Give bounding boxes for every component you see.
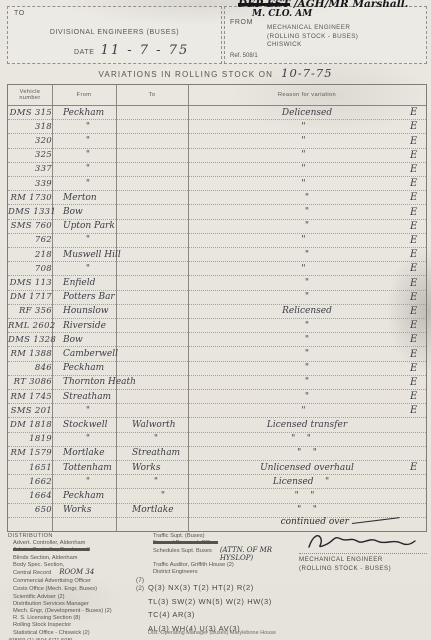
header-reason: Reason for variation <box>188 92 426 98</box>
cell-reason: " <box>197 150 410 160</box>
distribution-left-items: Advert. Controller, Aldenham Admin. Cont… <box>8 540 146 637</box>
cell-e-mark: E <box>410 363 426 374</box>
form-title-text: VARIATIONS IN ROLLING STOCK ON <box>98 70 273 79</box>
cell-e-mark: E <box>410 306 426 317</box>
cell-vehicle-number: 1651 <box>8 463 56 473</box>
cell-from-garage: Stockwell <box>56 420 127 430</box>
distribution-item: Mech. Engr, (Development - Buses) (2) <box>8 608 146 615</box>
cell-vehicle-number: RT 3086 <box>8 377 56 387</box>
distribution-item-text: Mech. Engr, (Development - Buses) (2) <box>13 608 112 615</box>
distribution-item-text: Traffic Auditor, Griffith House (2) <box>153 562 234 569</box>
distribution-item-text: District Engineers <box>153 569 198 576</box>
table-row: 1664 Peckham " " " <box>8 489 426 503</box>
cell-from-garage: " <box>56 136 120 146</box>
cell-from-garage: Thornton Heath <box>56 377 127 387</box>
distribution-item-text: Distribution Services Manager <box>13 601 89 608</box>
cell-to-garage: " <box>127 491 199 501</box>
cell-vehicle-number: 762 <box>8 235 56 245</box>
header-vehicle-number: Vehicle number <box>8 89 52 101</box>
cell-reason: " <box>204 292 410 302</box>
copy-count: (7) <box>136 577 146 584</box>
cell-e-mark: E <box>410 391 426 402</box>
distribution-item-text: R. S. Licensing Section (8) <box>13 615 80 622</box>
cell-from-garage: Muswell Hill <box>56 250 127 260</box>
copy-count: (2) <box>136 585 146 592</box>
cell-e-mark: E <box>410 405 426 416</box>
distribution-item-text: Commercial Advertising Officer <box>13 578 91 585</box>
table-row: RM 1388 Camberwell " E <box>8 347 426 361</box>
to-box: TO DIVISIONAL ENGINEERS (BUSES) DATE 11 … <box>7 6 222 64</box>
table-row: DMS 1328 Bow " E <box>8 333 426 347</box>
table-row: RT 3086 Thornton Heath " E <box>8 376 426 390</box>
cell-e-mark: E <box>410 320 426 331</box>
distribution-item: Central Record ROOM 34 <box>8 569 146 577</box>
cell-e-mark: E <box>410 377 426 388</box>
cell-e-mark: E <box>410 221 426 232</box>
cell-from-garage: Hounslow <box>56 306 127 316</box>
distribution-title: DISTRIBUTION <box>8 533 146 540</box>
signature-block: MECHANICAL ENGINEER (ROLLING STOCK - BUS… <box>299 529 427 573</box>
cell-e-mark: E <box>410 349 426 360</box>
cell-reason: " <box>197 122 410 132</box>
distribution-item-text: Blinds Section, Aldenham <box>13 555 78 562</box>
cell-vehicle-number: RM 1745 <box>8 392 56 402</box>
cell-from-garage: " <box>56 164 120 174</box>
cell-from-garage: Streatham <box>56 392 127 402</box>
form-title: VARIATIONS IN ROLLING STOCK ON 10-7-75 <box>0 66 431 80</box>
cell-reason: Delicensed <box>204 108 410 118</box>
garage-allocation-codes: Q(3) NX(3) T(2) HT(2) R(2)TL(3) SW(2) WN… <box>148 581 300 635</box>
form-title-date: 10-7-75 <box>281 66 332 80</box>
to-recipient: DIVISIONAL ENGINEERS (BUSES) <box>8 29 221 36</box>
continued-over-note: continued over <box>281 517 400 527</box>
cell-vehicle-number: DMS 113 <box>8 278 56 288</box>
cell-to-garage: Streatham <box>127 448 204 458</box>
distribution-item: Traffic Supt. (Buses) <box>148 533 300 540</box>
from-line-1: MECHANICAL ENGINEER <box>267 24 358 33</box>
cell-from-garage: Works <box>56 505 127 515</box>
distribution-item-text: Body Spec. Section, <box>13 562 64 569</box>
distribution-item: Schedules Supt. Buses (ATTN. OF MR HYSLO… <box>148 547 300 561</box>
cell-reason: " <box>204 207 410 217</box>
table-row: 650 Works Mortlake " " <box>8 504 426 518</box>
table-row: 762 " " E <box>8 234 426 248</box>
distribution-item-text: Costs Office (Mech. Engr, Buses) <box>13 586 97 593</box>
table-row: SMS 201 " " E <box>8 404 426 418</box>
cell-vehicle-number: DM 1818 <box>8 420 56 430</box>
cell-from-garage: Bow <box>56 335 127 345</box>
cell-reason: " <box>197 406 410 416</box>
distribution-item-text: Traffic Supt. (Buses) <box>153 533 205 540</box>
cell-from-garage: " <box>56 406 120 416</box>
handwritten-note: ROOM 34 <box>59 569 94 576</box>
cell-reason: " <box>204 321 410 331</box>
continued-over-text: continued over <box>281 517 349 527</box>
cell-from-garage: " <box>56 179 120 189</box>
cell-from-garage: Riverside <box>56 321 127 331</box>
distribution-item-text: Forward Research Officer <box>153 540 218 547</box>
cell-reason: Licensed " <box>192 477 410 487</box>
cell-vehicle-number: DMS 315 <box>8 108 56 118</box>
cell-vehicle-number: 650 <box>8 505 56 515</box>
cell-reason: Relicensed <box>204 306 410 316</box>
cell-e-mark: E <box>410 164 426 175</box>
cell-vehicle-number: RML 2602 <box>8 321 56 331</box>
table-row: RM 1745 Streatham " E <box>8 390 426 404</box>
table-row: DMS 1331 Bow " E <box>8 205 426 219</box>
cell-vehicle-number: 708 <box>8 264 56 274</box>
table-rows: DMS 315 Peckham Delicensed E 318 " " E 3… <box>8 106 426 531</box>
cell-reason: " <box>204 278 410 288</box>
table-row: 320 " " E <box>8 134 426 148</box>
distribution-item: Distribution Services Manager <box>8 601 146 608</box>
distribution-item: District Engineers <box>148 569 300 576</box>
table-row: 1651 Tottenham Works Unlicensed overhaul… <box>8 461 426 475</box>
cell-to-garage: Walworth <box>127 420 204 430</box>
table-header: Vehicle number From To Reason for variat… <box>8 85 426 106</box>
cell-from-garage: Upton Park <box>56 221 127 231</box>
distribution-item: Statistical Office - Chiswick (2) <box>8 630 146 637</box>
table-row: RM 1579 Mortlake Streatham " " <box>8 447 426 461</box>
cell-from-garage: " <box>56 434 120 444</box>
cell-reason: " " <box>204 448 410 458</box>
signatory-line-1: MECHANICAL ENGINEER <box>299 556 427 565</box>
rolling-stock-table: Vehicle number From To Reason for variat… <box>7 84 427 532</box>
cell-vehicle-number: DM 1717 <box>8 292 56 302</box>
cell-vehicle-number: RM 1730 <box>8 193 56 203</box>
cell-vehicle-number: 1819 <box>8 434 56 444</box>
cell-from-garage: " <box>56 477 120 487</box>
cell-reason: " <box>197 136 410 146</box>
cell-reason: " <box>197 164 410 174</box>
header-to: To <box>116 92 188 98</box>
cell-vehicle-number: DMS 1331 <box>8 207 56 217</box>
distribution-item: R. S. Licensing Section (8) <box>8 615 146 622</box>
signatory-title: MECHANICAL ENGINEER (ROLLING STOCK - BUS… <box>299 556 427 573</box>
cell-vehicle-number: RM 1388 <box>8 349 56 359</box>
distribution-bottom-line: Dist. Operating Manager (Buses) Marylebo… <box>148 630 276 636</box>
cell-e-mark: E <box>410 334 426 345</box>
cell-vehicle-number: 325 <box>8 150 56 160</box>
garage-code-line: Q(3) NX(3) T(2) HT(2) R(2) <box>148 581 300 595</box>
cell-to-garage: Works <box>127 463 204 473</box>
cell-vehicle-number: 337 <box>8 164 56 174</box>
date-label: DATE <box>74 49 95 56</box>
table-row: DM 1717 Potters Bar " E <box>8 291 426 305</box>
cell-from-garage: Peckham <box>56 491 127 501</box>
date-row: DATE 11 - 7 - 75 <box>74 43 189 58</box>
cell-from-garage: Tottenham <box>56 463 127 473</box>
cell-reason: " <box>197 179 410 189</box>
from-line-2: (ROLLING STOCK - BUSES) <box>267 33 358 42</box>
header-from: From <box>52 92 116 98</box>
distribution-item-text: Rolling Stock Inspector <box>13 622 71 629</box>
cell-vehicle-number: RF 356 <box>8 306 56 316</box>
reference-number: Ref. 508/1 <box>230 53 258 59</box>
distribution-item-text: Schedules Supt. Buses <box>153 548 212 555</box>
cell-e-mark: E <box>410 136 426 147</box>
garage-code-line: TL(3) SW(2) WN(5) W(2) HW(3) <box>148 595 300 609</box>
cell-from-garage: " <box>56 235 120 245</box>
cell-reason: " <box>204 335 410 345</box>
distribution-item: Scientific Adviser (2) <box>8 594 146 601</box>
distribution-item-text: Scientific Adviser (2) <box>13 594 65 601</box>
table-row: 325 " " E <box>8 149 426 163</box>
cell-e-mark: E <box>410 263 426 274</box>
distribution-item-text: Advert. Controller, Aldenham <box>13 540 85 547</box>
table-row: DMS 315 Peckham Delicensed E <box>8 106 426 120</box>
cell-reason: Licensed transfer <box>204 420 410 430</box>
cell-e-mark: E <box>410 107 426 118</box>
cell-from-garage: " <box>56 122 120 132</box>
cell-reason: " <box>204 193 410 203</box>
cell-from-garage: " <box>56 264 120 274</box>
cell-reason: " " <box>199 491 410 501</box>
distribution-item: Advert. Controller, Aldenham <box>8 540 146 547</box>
cell-reason: " " <box>192 434 410 444</box>
table-row: 846 Peckham " E <box>8 362 426 376</box>
cell-reason: " <box>204 392 410 402</box>
distribution-item: Blinds Section, Aldenham <box>8 555 146 562</box>
cell-e-mark: E <box>410 292 426 303</box>
table-row: 218 Muswell Hill " E <box>8 248 426 262</box>
distribution-item: Costs Office (Mech. Engr, Buses) (2) <box>8 585 146 593</box>
cell-vehicle-number: SMS 201 <box>8 406 56 416</box>
cell-e-mark: E <box>410 278 426 289</box>
cell-vehicle-number: 320 <box>8 136 56 146</box>
signature-scribble <box>305 531 417 553</box>
cell-e-mark: E <box>410 192 426 203</box>
cell-to-garage: " <box>120 434 192 444</box>
distribution-list-mid: Traffic Supt. (Buses) Forward Research O… <box>148 533 300 635</box>
cell-from-garage: Peckham <box>56 363 127 373</box>
handwritten-initials: M. CLO. AM <box>252 9 312 19</box>
date-handwritten: 11 - 7 - 75 <box>101 43 190 58</box>
distribution-list-left: DISTRIBUTION Advert. Controller, Aldenha… <box>8 533 146 640</box>
cell-reason: " <box>204 377 410 387</box>
cell-to-garage: " <box>120 477 192 487</box>
cell-from-garage: " <box>56 150 120 160</box>
cell-vehicle-number: DMS 1328 <box>8 335 56 345</box>
to-label: TO <box>14 10 25 17</box>
table-row: 337 " " E <box>8 163 426 177</box>
cell-e-mark: E <box>410 207 426 218</box>
table-row: RM 1730 Merton " E <box>8 191 426 205</box>
cell-e-mark: E <box>410 121 426 132</box>
distribution-item-text: Statistical Office - Chiswick (2) <box>13 630 90 637</box>
cell-e-mark: E <box>410 462 426 473</box>
signature <box>299 529 427 554</box>
table-row: 318 " " E <box>8 120 426 134</box>
cell-vehicle-number: 1664 <box>8 491 56 501</box>
distribution-item-text: Admin. Controller, Camberwell <box>13 547 90 554</box>
cell-reason: " <box>204 349 410 359</box>
cell-from-garage: Potters Bar <box>56 292 127 302</box>
cell-vehicle-number: RM 1579 <box>8 448 56 458</box>
distribution-item-text: Central Record <box>13 570 51 577</box>
from-address: MECHANICAL ENGINEER (ROLLING STOCK - BUS… <box>267 24 358 50</box>
table-row: RML 2602 Riverside " E <box>8 319 426 333</box>
cell-vehicle-number: 339 <box>8 179 56 189</box>
cell-vehicle-number: 1662 <box>8 477 56 487</box>
distribution-mid-items: Traffic Supt. (Buses) Forward Research O… <box>148 533 300 576</box>
table-row: DMS 113 Enfield " E <box>8 276 426 290</box>
table-row: DM 1818 Stockwell Walworth Licensed tran… <box>8 418 426 432</box>
cell-reason: " <box>204 363 410 373</box>
distribution-item: Commercial Advertising Officer (7) <box>8 577 146 585</box>
table-row: RF 356 Hounslow Relicensed E <box>8 305 426 319</box>
cell-from-garage: Camberwell <box>56 349 127 359</box>
cell-reason: " " <box>204 505 410 515</box>
pen-flourish <box>352 517 400 524</box>
cell-to-garage: Mortlake <box>127 505 204 515</box>
scanned-memo-page: TO DIVISIONAL ENGINEERS (BUSES) DATE 11 … <box>0 0 431 640</box>
table-row: 708 " " E <box>8 262 426 276</box>
cell-vehicle-number: SMS 760 <box>8 221 56 231</box>
cell-reason: Unlicensed overhaul <box>204 463 410 473</box>
cell-reason: " <box>204 221 410 231</box>
cell-from-garage: Bow <box>56 207 127 217</box>
cell-from-garage: Enfield <box>56 278 127 288</box>
table-row: 1662 " " Licensed " <box>8 475 426 489</box>
table-row: 339 " " E <box>8 177 426 191</box>
cell-e-mark: E <box>410 178 426 189</box>
table-row: SMS 760 Upton Park " E <box>8 220 426 234</box>
cell-from-garage: Peckham <box>56 108 127 118</box>
cell-reason: " <box>204 250 410 260</box>
cell-e-mark: E <box>410 235 426 246</box>
from-line-3: CHISWICK <box>267 41 358 50</box>
cell-vehicle-number: 846 <box>8 363 56 373</box>
distribution-item: Rolling Stock Inspector <box>8 622 146 629</box>
from-label: FROM <box>230 19 253 26</box>
cell-e-mark: E <box>410 249 426 260</box>
cell-from-garage: Mortlake <box>56 448 127 458</box>
signatory-line-2: (ROLLING STOCK - BUSES) <box>299 565 427 574</box>
distribution-item: Traffic Auditor, Griffith House (2) <box>148 562 300 569</box>
cell-from-garage: Merton <box>56 193 127 203</box>
handwritten-note: (ATTN. OF MR HYSLOP) <box>220 547 300 561</box>
table-row: 1819 " " " " <box>8 433 426 447</box>
distribution-item: Admin. Controller, Camberwell <box>8 547 146 554</box>
cell-vehicle-number: 318 <box>8 122 56 132</box>
garage-code-line: TC(4) AR(3) <box>148 608 300 622</box>
cell-reason: " <box>197 264 410 274</box>
cell-reason: " <box>197 235 410 245</box>
cell-vehicle-number: 218 <box>8 250 56 260</box>
cell-e-mark: E <box>410 150 426 161</box>
